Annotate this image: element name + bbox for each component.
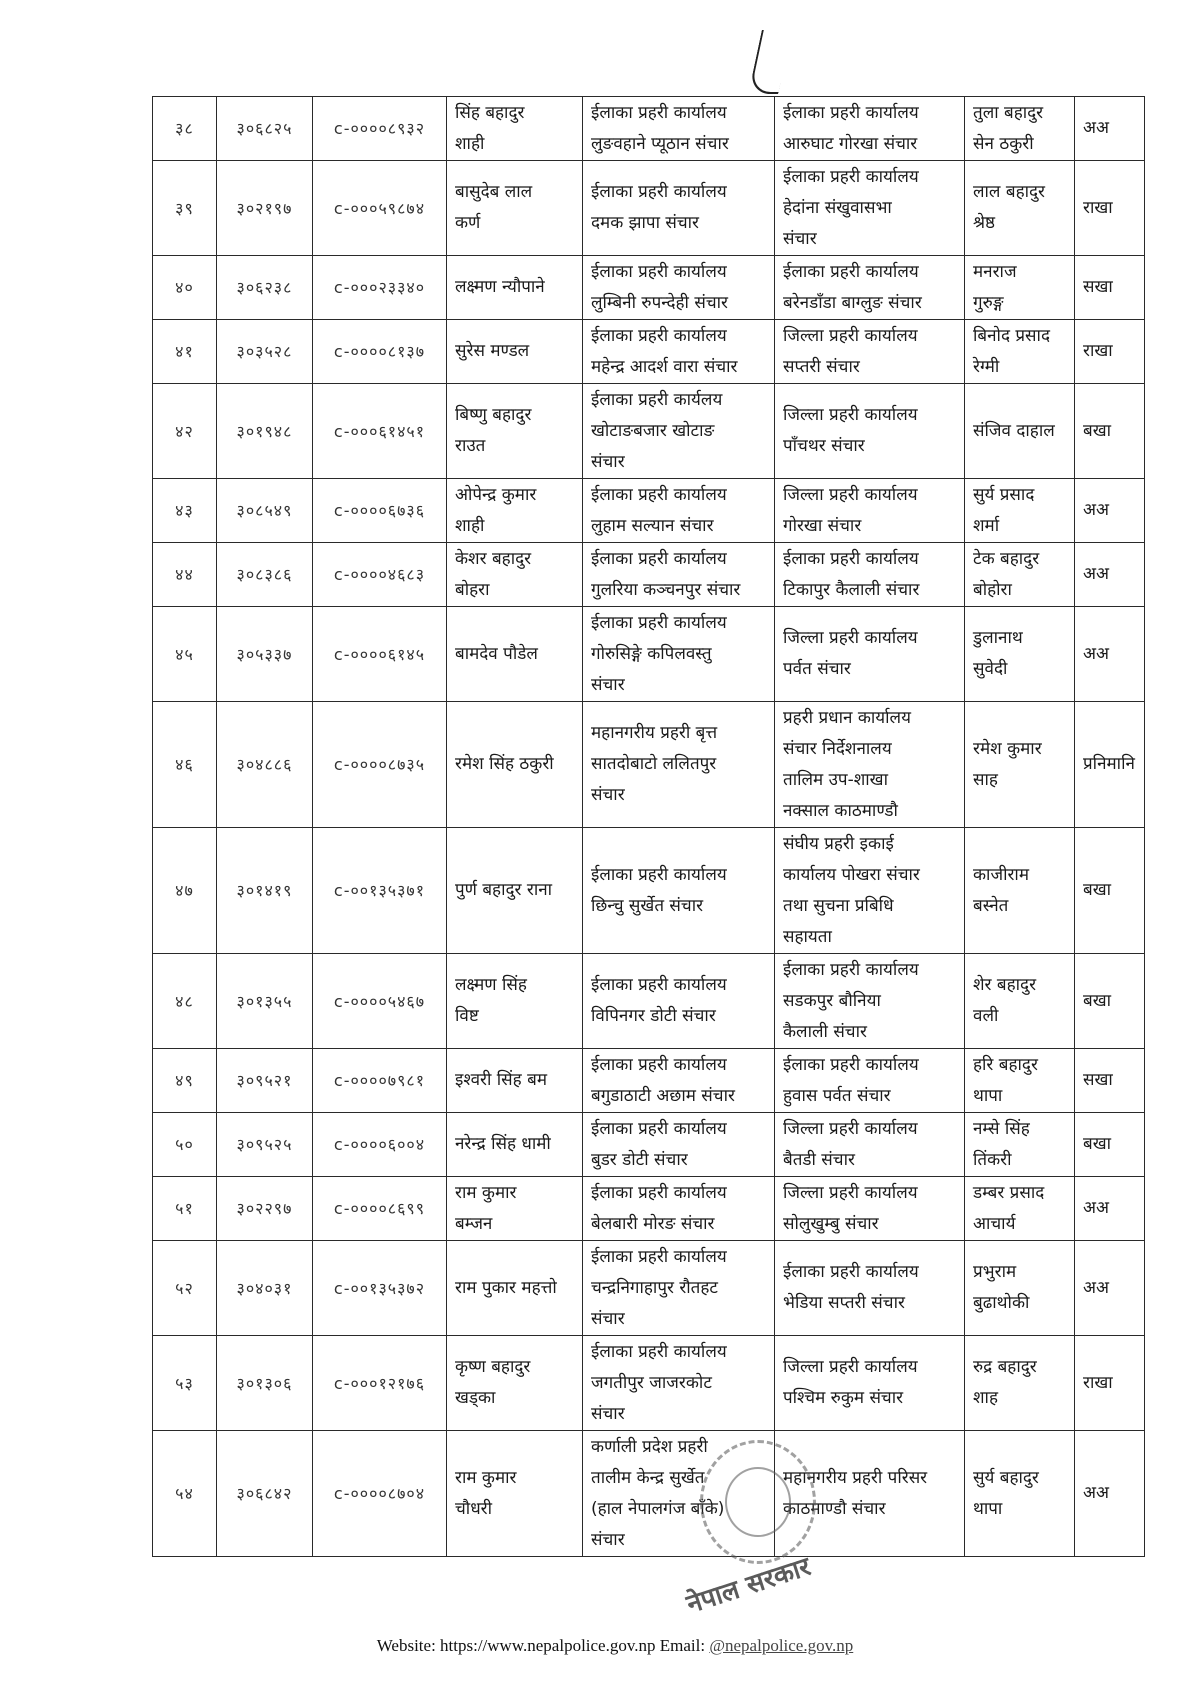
serial-cell: ५२	[153, 1241, 217, 1336]
replacement-cell: सुर्य बहादुरथापा	[965, 1431, 1075, 1557]
current-office-cell-line: गोरुसिङ्गे कपिलवस्तु	[591, 639, 766, 670]
current-office-cell-line: ईलाका प्रहरी कार्यालय	[591, 480, 766, 511]
current-office-cell: ईलाका प्रहरी कार्यालयमहेन्द्र आदर्श वारा…	[583, 320, 775, 384]
current-office-cell-line: ईलाका प्रहरी कार्यलय	[591, 385, 766, 416]
transfer-office-cell: जिल्ला प्रहरी कार्यालयपाँचथर संचार	[775, 384, 965, 479]
email-link[interactable]: @nepalpolice.gov.np	[709, 1636, 853, 1655]
replacement-cell-line: शाह	[973, 1383, 1066, 1414]
police-number-cell: ३०२२९७	[217, 1177, 313, 1241]
name-cell-line: चौधरी	[455, 1494, 574, 1525]
handwritten-page-mark	[748, 30, 792, 94]
id-number-cell: c-००००८७०४	[313, 1431, 447, 1557]
current-office-cell: ईलाका प्रहरी कार्यालयजगतीपुर जाजरकोटसंचा…	[583, 1336, 775, 1431]
current-office-cell: ईलाका प्रहरी कार्यालयगोरुसिङ्गे कपिलवस्त…	[583, 607, 775, 702]
transfer-office-cell-line: जिल्ला प्रहरी कार्यालय	[783, 321, 956, 352]
replacement-cell-line: नम्से सिंह	[973, 1114, 1066, 1145]
replacement-cell-line: सुर्य प्रसाद	[973, 480, 1066, 511]
replacement-cell-line: थापा	[973, 1494, 1066, 1525]
serial-cell: ४०	[153, 256, 217, 320]
name-cell-line: बम्जन	[455, 1209, 574, 1240]
transfer-office-cell-line: कैलाली संचार	[783, 1017, 956, 1048]
current-office-cell-line: विपिनगर डोटी संचार	[591, 1001, 766, 1032]
rank-cell: प्रनिमानि	[1075, 702, 1145, 828]
transfer-office-cell-line: बैतडी संचार	[783, 1145, 956, 1176]
current-office-cell-line: ईलाका प्रहरी कार्यालय	[591, 970, 766, 1001]
current-office-cell: ईलाका प्रहरी कार्यालयदमक झापा संचार	[583, 161, 775, 256]
transfer-office-cell: जिल्ला प्रहरी कार्यालयसप्तरी संचार	[775, 320, 965, 384]
name-cell-line: नरेन्द्र सिंह धामी	[455, 1129, 574, 1160]
replacement-cell-line: रेग्मी	[973, 352, 1066, 383]
police-number-cell: ३०६२३८	[217, 256, 313, 320]
replacement-cell-line: वली	[973, 1001, 1066, 1032]
transfer-office-cell-line: पश्चिम रुकुम संचार	[783, 1383, 956, 1414]
current-office-cell: ईलाका प्रहरी कार्यालयबेलबारी मोरङ संचार	[583, 1177, 775, 1241]
table-row: ५४३०६८४२c-००००८७०४राम कुमारचौधरीकर्णाली …	[153, 1431, 1145, 1557]
serial-cell: ४९	[153, 1049, 217, 1113]
id-number-cell: c-००००८१३७	[313, 320, 447, 384]
name-cell: राम कुमारचौधरी	[447, 1431, 583, 1557]
rank-cell: अअ	[1075, 1431, 1145, 1557]
transfer-office-cell-line: जिल्ला प्रहरी कार्यालय	[783, 1178, 956, 1209]
id-number-cell: c-०००१२१७६	[313, 1336, 447, 1431]
name-cell: केशर बहादुरबोहरा	[447, 543, 583, 607]
transfer-office-cell-line: पाँचथर संचार	[783, 431, 956, 462]
replacement-cell: संजिव दाहाल	[965, 384, 1075, 479]
transfer-office-cell-line: जिल्ला प्रहरी कार्यालय	[783, 623, 956, 654]
transfer-office-cell-line: कार्यालय पोखरा संचार	[783, 860, 956, 891]
name-cell: लक्ष्मण सिंहविष्ट	[447, 954, 583, 1049]
rank-cell: बखा	[1075, 384, 1145, 479]
current-office-cell-line: ईलाका प्रहरी कार्यालय	[591, 1178, 766, 1209]
table-row: ३८३०६८२५c-००००८९३२सिंह बहादुरशाहीईलाका प…	[153, 97, 1145, 161]
name-cell-line: कर्ण	[455, 208, 574, 239]
page-footer: Website: https://www.nepalpolice.gov.np …	[0, 1636, 1200, 1656]
transfer-office-cell: जिल्ला प्रहरी कार्यालयसोलुखुम्बु संचार	[775, 1177, 965, 1241]
replacement-cell-line: मनराज	[973, 257, 1066, 288]
replacement-cell-line: गुरुङ्ग	[973, 288, 1066, 319]
current-office-cell: ईलाका प्रहरी कार्यलयखोटाङबजार खोटाङसंचार	[583, 384, 775, 479]
serial-cell: ४५	[153, 607, 217, 702]
name-cell-line: बोहरा	[455, 575, 574, 606]
id-number-cell: c-००००६१४५	[313, 607, 447, 702]
transfer-office-cell-line: संचार	[783, 224, 956, 255]
replacement-cell-line: संजिव दाहाल	[973, 416, 1066, 447]
current-office-cell: ईलाका प्रहरी कार्यालयलुहाम सल्यान संचार	[583, 479, 775, 543]
replacement-cell: तुला बहादुरसेन ठकुरी	[965, 97, 1075, 161]
current-office-cell-line: संचार	[591, 447, 766, 478]
current-office-cell-line: दमक झापा संचार	[591, 208, 766, 239]
transfer-office-cell: ईलाका प्रहरी कार्यालयटिकापुर कैलाली संचा…	[775, 543, 965, 607]
transfer-office-cell-line: सडकपुर बौनिया	[783, 986, 956, 1017]
current-office-cell-line: ईलाका प्रहरी कार्यालय	[591, 544, 766, 575]
current-office-cell-line: ईलाका प्रहरी कार्यालय	[591, 608, 766, 639]
serial-cell: ३८	[153, 97, 217, 161]
table-row: ४२३०१९४८c-०००६१४५१बिष्णु बहादुरराउतईलाका…	[153, 384, 1145, 479]
current-office-cell-line: ईलाका प्रहरी कार्यालय	[591, 1114, 766, 1145]
replacement-cell-line: तिंकरी	[973, 1145, 1066, 1176]
current-office-cell-line: लुम्बिनी रुपन्देही संचार	[591, 288, 766, 319]
police-number-cell: ३०१९४८	[217, 384, 313, 479]
transfer-office-cell-line: सप्तरी संचार	[783, 352, 956, 383]
transfer-office-cell-line: जिल्ला प्रहरी कार्यालय	[783, 1352, 956, 1383]
website-link[interactable]: https://www.nepalpolice.gov.np	[440, 1636, 655, 1655]
current-office-cell: ईलाका प्रहरी कार्यालयछिन्चु सुर्खेत संचा…	[583, 828, 775, 954]
police-number-cell: ३०१३५५	[217, 954, 313, 1049]
transfer-office-cell-line: जिल्ला प्रहरी कार्यालय	[783, 480, 956, 511]
replacement-cell-line: श्रेष्ठ	[973, 208, 1066, 239]
transfer-office-cell: प्रहरी प्रधान कार्यालयसंचार निर्देशनालयत…	[775, 702, 965, 828]
replacement-cell-line: प्रभुराम	[973, 1257, 1066, 1288]
name-cell: बिष्णु बहादुरराउत	[447, 384, 583, 479]
transfer-office-cell: ईलाका प्रहरी कार्यालयहेदांना संखुवासभासं…	[775, 161, 965, 256]
rank-cell: सखा	[1075, 1049, 1145, 1113]
table-row: ४८३०१३५५c-००००५४६७लक्ष्मण सिंहविष्टईलाका…	[153, 954, 1145, 1049]
transfer-office-cell-line: बरेनडाँडा बाग्लुङ संचार	[783, 288, 956, 319]
transfer-roster-table: ३८३०६८२५c-००००८९३२सिंह बहादुरशाहीईलाका प…	[152, 96, 1145, 1557]
replacement-cell-line: लाल बहादुर	[973, 177, 1066, 208]
name-cell: राम पुकार महत्तो	[447, 1241, 583, 1336]
name-cell-line: राउत	[455, 431, 574, 462]
serial-cell: ४८	[153, 954, 217, 1049]
rank-cell: बखा	[1075, 828, 1145, 954]
serial-cell: ४४	[153, 543, 217, 607]
replacement-cell-line: हरि बहादुर	[973, 1050, 1066, 1081]
replacement-cell-line: डम्बर प्रसाद	[973, 1178, 1066, 1209]
current-office-cell: ईलाका प्रहरी कार्यालयलुङवहाने प्यूठान सं…	[583, 97, 775, 161]
transfer-office-cell: ईलाका प्रहरी कार्यालयहुवास पर्वत संचार	[775, 1049, 965, 1113]
current-office-cell-line: संचार	[591, 780, 766, 811]
replacement-cell-line: रुद्र बहादुर	[973, 1352, 1066, 1383]
rank-cell: राखा	[1075, 1336, 1145, 1431]
id-number-cell: c-००१३५३७१	[313, 828, 447, 954]
current-office-cell-line: ईलाका प्रहरी कार्यालय	[591, 98, 766, 129]
id-number-cell: c-००००५४६७	[313, 954, 447, 1049]
rank-cell: बखा	[1075, 954, 1145, 1049]
transfer-office-cell-line: ईलाका प्रहरी कार्यालय	[783, 257, 956, 288]
current-office-cell-line: बुडर डोटी संचार	[591, 1145, 766, 1176]
replacement-cell-line: बुढाथोकी	[973, 1288, 1066, 1319]
transfer-office-cell-line: आरुघाट गोरखा संचार	[783, 129, 956, 160]
current-office-cell-line: सातदोबाटो ललितपुर	[591, 749, 766, 780]
transfer-office-cell: संघीय प्रहरी इकाईकार्यालय पोखरा संचारतथा…	[775, 828, 965, 954]
table-row: ४४३०८३८६c-००००४६८३केशर बहादुरबोहराईलाका …	[153, 543, 1145, 607]
name-cell: सिंह बहादुरशाही	[447, 97, 583, 161]
table-row: ४७३०१४१९c-००१३५३७१पुर्ण बहादुर रानाईलाका…	[153, 828, 1145, 954]
email-label: Email:	[660, 1636, 705, 1655]
rank-cell: सखा	[1075, 256, 1145, 320]
replacement-cell: टेक बहादुरबोहोरा	[965, 543, 1075, 607]
current-office-cell-line: लुङवहाने प्यूठान संचार	[591, 129, 766, 160]
name-cell-line: बिष्णु बहादुर	[455, 400, 574, 431]
police-number-cell: ३०३५२८	[217, 320, 313, 384]
transfer-office-cell-line: नक्साल काठमाण्डौ	[783, 796, 956, 827]
current-office-cell-line: खोटाङबजार खोटाङ	[591, 416, 766, 447]
replacement-cell: डुलानाथसुवेदी	[965, 607, 1075, 702]
replacement-cell: रमेश कुमारसाह	[965, 702, 1075, 828]
replacement-cell-line: सेन ठकुरी	[973, 129, 1066, 160]
current-office-cell-line: चन्द्रनिगाहापुर रौतहट	[591, 1273, 766, 1304]
name-cell-line: शाही	[455, 129, 574, 160]
police-number-cell: ३०६८२५	[217, 97, 313, 161]
name-cell: सुरेस मण्डल	[447, 320, 583, 384]
serial-cell: ४६	[153, 702, 217, 828]
serial-cell: ५३	[153, 1336, 217, 1431]
police-number-cell: ३०४८८६	[217, 702, 313, 828]
replacement-cell-line: बस्नेत	[973, 891, 1066, 922]
rank-cell: अअ	[1075, 479, 1145, 543]
id-number-cell: c-००००८९३२	[313, 97, 447, 161]
current-office-cell: ईलाका प्रहरी कार्यालयलुम्बिनी रुपन्देही …	[583, 256, 775, 320]
id-number-cell: c-०००५९८७४	[313, 161, 447, 256]
name-cell: बासुदेब लालकर्ण	[447, 161, 583, 256]
replacement-cell: डम्बर प्रसादआचार्य	[965, 1177, 1075, 1241]
replacement-cell: मनराजगुरुङ्ग	[965, 256, 1075, 320]
transfer-office-cell-line: हेदांना संखुवासभा	[783, 193, 956, 224]
replacement-cell-line: आचार्य	[973, 1209, 1066, 1240]
name-cell-line: लक्ष्मण सिंह	[455, 970, 574, 1001]
police-number-cell: ३०४०३१	[217, 1241, 313, 1336]
transfer-office-cell: ईलाका प्रहरी कार्यालयबरेनडाँडा बाग्लुङ स…	[775, 256, 965, 320]
replacement-cell-line: सुवेदी	[973, 654, 1066, 685]
name-cell: नरेन्द्र सिंह धामी	[447, 1113, 583, 1177]
table-row: ४०३०६२३८c-०००२३३४०लक्ष्मण न्यौपानेईलाका …	[153, 256, 1145, 320]
transfer-office-cell-line: सोलुखुम्बु संचार	[783, 1209, 956, 1240]
transfer-office-cell: ईलाका प्रहरी कार्यालयआरुघाट गोरखा संचार	[775, 97, 965, 161]
current-office-cell-line: ईलाका प्रहरी कार्यालय	[591, 860, 766, 891]
name-cell-line: रमेश सिंह ठकुरी	[455, 749, 574, 780]
id-number-cell: c-००००६००४	[313, 1113, 447, 1177]
transfer-office-cell-line: संचार निर्देशनालय	[783, 734, 956, 765]
transfer-office-cell-line: ईलाका प्रहरी कार्यालय	[783, 955, 956, 986]
serial-cell: ४७	[153, 828, 217, 954]
transfer-office-cell-line: ईलाका प्रहरी कार्यालय	[783, 1257, 956, 1288]
police-number-cell: ३०१४१९	[217, 828, 313, 954]
name-cell-line: कृष्ण बहादुर	[455, 1352, 574, 1383]
name-cell-line: इश्वरी सिंह बम	[455, 1065, 574, 1096]
current-office-cell-line: ईलाका प्रहरी कार्यालय	[591, 257, 766, 288]
replacement-cell: शेर बहादुरवली	[965, 954, 1075, 1049]
website-label: Website:	[377, 1636, 436, 1655]
name-cell-line: राम कुमार	[455, 1463, 574, 1494]
seal-emblem-icon	[725, 1467, 791, 1537]
replacement-cell-line: तुला बहादुर	[973, 98, 1066, 129]
name-cell-line: विष्ट	[455, 1001, 574, 1032]
rank-cell: बखा	[1075, 1113, 1145, 1177]
name-cell-line: ओपेन्द्र कुमार	[455, 480, 574, 511]
current-office-cell: ईलाका प्रहरी कार्यालयगुलरिया कञ्चनपुर सं…	[583, 543, 775, 607]
replacement-cell: सुर्य प्रसादशर्मा	[965, 479, 1075, 543]
serial-cell: ३९	[153, 161, 217, 256]
table-row: ५२३०४०३१c-००१३५३७२राम पुकार महत्तोईलाका …	[153, 1241, 1145, 1336]
official-seal-emblem	[700, 1440, 816, 1564]
rank-cell: राखा	[1075, 320, 1145, 384]
name-cell-line: लक्ष्मण न्यौपाने	[455, 272, 574, 303]
name-cell: इश्वरी सिंह बम	[447, 1049, 583, 1113]
name-cell-line: पुर्ण बहादुर राना	[455, 875, 574, 906]
rank-cell: अअ	[1075, 543, 1145, 607]
serial-cell: ५१	[153, 1177, 217, 1241]
id-number-cell: c-००००८७३५	[313, 702, 447, 828]
transfer-office-cell: जिल्ला प्रहरी कार्यालयबैतडी संचार	[775, 1113, 965, 1177]
police-number-cell: ३०५३३७	[217, 607, 313, 702]
current-office-cell-line: ईलाका प्रहरी कार्यालय	[591, 1242, 766, 1273]
transfer-office-cell: जिल्ला प्रहरी कार्यालयपश्चिम रुकुम संचार	[775, 1336, 965, 1431]
police-number-cell: ३०८३८६	[217, 543, 313, 607]
id-number-cell: c-००००४६८३	[313, 543, 447, 607]
replacement-cell-line: टेक बहादुर	[973, 544, 1066, 575]
transfer-office-cell-line: हुवास पर्वत संचार	[783, 1081, 956, 1112]
name-cell-line: बासुदेब लाल	[455, 177, 574, 208]
current-office-cell-line: ईलाका प्रहरी कार्यालय	[591, 1050, 766, 1081]
name-cell: ओपेन्द्र कुमारशाही	[447, 479, 583, 543]
transfer-office-cell-line: टिकापुर कैलाली संचार	[783, 575, 956, 606]
current-office-cell-line: जगतीपुर जाजरकोट	[591, 1368, 766, 1399]
transfer-office-cell: जिल्ला प्रहरी कार्यालयपर्वत संचार	[775, 607, 965, 702]
replacement-cell-line: बिनोद प्रसाद	[973, 321, 1066, 352]
table-row: ४५३०५३३७c-००००६१४५बामदेव पौडेलईलाका प्रह…	[153, 607, 1145, 702]
police-number-cell: ३०९५२५	[217, 1113, 313, 1177]
current-office-cell-line: महानगरीय प्रहरी बृत्त	[591, 718, 766, 749]
serial-cell: ५४	[153, 1431, 217, 1557]
transfer-office-cell-line: पर्वत संचार	[783, 654, 956, 685]
name-cell: राम कुमारबम्जन	[447, 1177, 583, 1241]
current-office-cell-line: संचार	[591, 1399, 766, 1430]
table-row: ५०३०९५२५c-००००६००४नरेन्द्र सिंह धामीईलाक…	[153, 1113, 1145, 1177]
current-office-cell-line: गुलरिया कञ्चनपुर संचार	[591, 575, 766, 606]
name-cell: बामदेव पौडेल	[447, 607, 583, 702]
replacement-cell-line: डुलानाथ	[973, 623, 1066, 654]
rank-cell: राखा	[1075, 161, 1145, 256]
transfer-office-cell-line: तालिम उप-शाखा	[783, 765, 956, 796]
transfer-office-cell: जिल्ला प्रहरी कार्यालयगोरखा संचार	[775, 479, 965, 543]
replacement-cell: लाल बहादुरश्रेष्ठ	[965, 161, 1075, 256]
current-office-cell: ईलाका प्रहरी कार्यालयविपिनगर डोटी संचार	[583, 954, 775, 1049]
serial-cell: ४१	[153, 320, 217, 384]
transfer-office-cell-line: तथा सुचना प्रबिधि	[783, 891, 956, 922]
rank-cell: अअ	[1075, 1177, 1145, 1241]
roster-body: ३८३०६८२५c-००००८९३२सिंह बहादुरशाहीईलाका प…	[153, 97, 1145, 1557]
transfer-office-cell-line: सहायता	[783, 922, 956, 953]
name-cell-line: राम कुमार	[455, 1178, 574, 1209]
replacement-cell: हरि बहादुरथापा	[965, 1049, 1075, 1113]
table-row: ४६३०४८८६c-००००८७३५रमेश सिंह ठकुरीमहानगरी…	[153, 702, 1145, 828]
id-number-cell: c-००१३५३७२	[313, 1241, 447, 1336]
table-row: ४९३०९५२१c-००००७९८१इश्वरी सिंह बमईलाका प्…	[153, 1049, 1145, 1113]
serial-cell: ४३	[153, 479, 217, 543]
replacement-cell-line: सुर्य बहादुर	[973, 1463, 1066, 1494]
replacement-cell-line: शेर बहादुर	[973, 970, 1066, 1001]
table-row: ४१३०३५२८c-००००८१३७सुरेस मण्डलईलाका प्रहर…	[153, 320, 1145, 384]
replacement-cell-line: रमेश कुमार	[973, 734, 1066, 765]
replacement-cell-line: बोहोरा	[973, 575, 1066, 606]
replacement-cell: बिनोद प्रसादरेग्मी	[965, 320, 1075, 384]
name-cell: लक्ष्मण न्यौपाने	[447, 256, 583, 320]
transfer-office-cell-line: ईलाका प्रहरी कार्यालय	[783, 98, 956, 129]
current-office-cell-line: महेन्द्र आदर्श वारा संचार	[591, 352, 766, 383]
replacement-cell-line: साह	[973, 765, 1066, 796]
current-office-cell-line: ईलाका प्रहरी कार्यालय	[591, 1337, 766, 1368]
id-number-cell: c-००००८६९९	[313, 1177, 447, 1241]
current-office-cell: ईलाका प्रहरी कार्यालयबुडर डोटी संचार	[583, 1113, 775, 1177]
replacement-cell: रुद्र बहादुरशाह	[965, 1336, 1075, 1431]
name-cell: रमेश सिंह ठकुरी	[447, 702, 583, 828]
replacement-cell: नम्से सिंहतिंकरी	[965, 1113, 1075, 1177]
name-cell-line: राम पुकार महत्तो	[455, 1273, 574, 1304]
current-office-cell-line: संचार	[591, 670, 766, 701]
transfer-office-cell-line: जिल्ला प्रहरी कार्यालय	[783, 400, 956, 431]
current-office-cell-line: लुहाम सल्यान संचार	[591, 511, 766, 542]
transfer-office-cell-line: ईलाका प्रहरी कार्यालय	[783, 162, 956, 193]
transfer-office-cell-line: प्रहरी प्रधान कार्यालय	[783, 703, 956, 734]
name-cell-line: खड्का	[455, 1383, 574, 1414]
rank-cell: अअ	[1075, 1241, 1145, 1336]
name-cell: पुर्ण बहादुर राना	[447, 828, 583, 954]
police-number-cell: ३०२१९७	[217, 161, 313, 256]
serial-cell: ५०	[153, 1113, 217, 1177]
transfer-office-cell-line: जिल्ला प्रहरी कार्यालय	[783, 1114, 956, 1145]
id-number-cell: c-०००६१४५१	[313, 384, 447, 479]
serial-cell: ४२	[153, 384, 217, 479]
name-cell-line: शाही	[455, 511, 574, 542]
name-cell-line: बामदेव पौडेल	[455, 639, 574, 670]
replacement-cell: काजीरामबस्नेत	[965, 828, 1075, 954]
table-row: ४३३०८५४९c-००००६७३६ओपेन्द्र कुमारशाहीईलाक…	[153, 479, 1145, 543]
current-office-cell-line: ईलाका प्रहरी कार्यालय	[591, 321, 766, 352]
rank-cell: अअ	[1075, 607, 1145, 702]
table-row: ५३३०१३०६c-०००१२१७६कृष्ण बहादुरखड्काईलाका…	[153, 1336, 1145, 1431]
transfer-office-cell: ईलाका प्रहरी कार्यालयभेडिया सप्तरी संचार	[775, 1241, 965, 1336]
name-cell: कृष्ण बहादुरखड्का	[447, 1336, 583, 1431]
transfer-office-cell-line: संघीय प्रहरी इकाई	[783, 829, 956, 860]
replacement-cell-line: शर्मा	[973, 511, 1066, 542]
name-cell-line: सुरेस मण्डल	[455, 336, 574, 367]
police-number-cell: ३०६८४२	[217, 1431, 313, 1557]
current-office-cell: ईलाका प्रहरी कार्यालयचन्द्रनिगाहापुर रौत…	[583, 1241, 775, 1336]
transfer-office-cell-line: ईलाका प्रहरी कार्यालय	[783, 1050, 956, 1081]
transfer-office-cell-line: भेडिया सप्तरी संचार	[783, 1288, 956, 1319]
id-number-cell: c-००००६७३६	[313, 479, 447, 543]
replacement-cell-line: थापा	[973, 1081, 1066, 1112]
table-row: ३९३०२१९७c-०००५९८७४बासुदेब लालकर्णईलाका प…	[153, 161, 1145, 256]
rank-cell: अअ	[1075, 97, 1145, 161]
police-number-cell: ३०१३०६	[217, 1336, 313, 1431]
police-number-cell: ३०९५२१	[217, 1049, 313, 1113]
replacement-cell: प्रभुरामबुढाथोकी	[965, 1241, 1075, 1336]
replacement-cell-line: काजीराम	[973, 860, 1066, 891]
current-office-cell: महानगरीय प्रहरी बृत्तसातदोबाटो ललितपुरसं…	[583, 702, 775, 828]
current-office-cell-line: ईलाका प्रहरी कार्यालय	[591, 177, 766, 208]
current-office-cell-line: बगुडाठाटी अछाम संचार	[591, 1081, 766, 1112]
current-office-cell-line: छिन्चु सुर्खेत संचार	[591, 891, 766, 922]
current-office-cell-line: बेलबारी मोरङ संचार	[591, 1209, 766, 1240]
name-cell-line: सिंह बहादुर	[455, 98, 574, 129]
table-row: ५१३०२२९७c-००००८६९९राम कुमारबम्जनईलाका प्…	[153, 1177, 1145, 1241]
police-number-cell: ३०८५४९	[217, 479, 313, 543]
id-number-cell: c-००००७९८१	[313, 1049, 447, 1113]
transfer-office-cell-line: ईलाका प्रहरी कार्यालय	[783, 544, 956, 575]
transfer-office-cell: ईलाका प्रहरी कार्यालयसडकपुर बौनियाकैलाली…	[775, 954, 965, 1049]
name-cell-line: केशर बहादुर	[455, 544, 574, 575]
current-office-cell-line: संचार	[591, 1304, 766, 1335]
transfer-office-cell-line: गोरखा संचार	[783, 511, 956, 542]
id-number-cell: c-०००२३३४०	[313, 256, 447, 320]
current-office-cell: ईलाका प्रहरी कार्यालयबगुडाठाटी अछाम संचा…	[583, 1049, 775, 1113]
